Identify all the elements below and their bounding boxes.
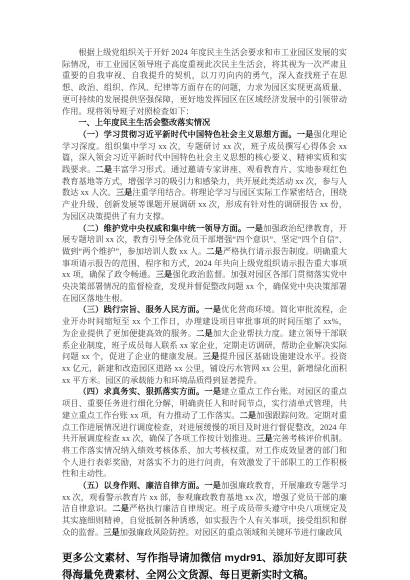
section-heading: 一、上年度民主生活会整改落实情况 bbox=[62, 117, 347, 129]
paragraph-central-authority: （二）维护党中央权威和集中统一领导方面。一是加强政治纪律教育，开展专题培训 xx… bbox=[62, 223, 347, 305]
promo-footer: 更多公文素材、写作指导请加微信 mydr91、添加好友即可获得海量免费素材、全网… bbox=[62, 550, 347, 580]
document-page: 根据上级党组织关于开好 2024 年度民主生活会要求和市工业园区发展的实际情况，… bbox=[0, 0, 410, 580]
paragraph-intro: 根据上级党组织关于开好 2024 年度民主生活会要求和市工业园区发展的实际情况，… bbox=[62, 47, 347, 117]
paragraph-theory-study: （一）学习贯彻习近平新时代中国特色社会主义思想方面。一是强化理论学习深度。组织集… bbox=[62, 129, 347, 223]
paragraph-integrity: （五）以身作则、廉洁自律方面。一是加强廉政教育，开展廉政专题学习 xx 次，观看… bbox=[62, 480, 347, 539]
paragraph-serving-people: （三）践行宗旨、服务人民方面。一是优化营商环境。简化审批流程，企业开办时间缩短至… bbox=[62, 304, 347, 386]
paragraph-implementation: （四）求真务实、狠抓落实方面。一是建立重点工作台账。对园区的重点项目、重要任务进… bbox=[62, 386, 347, 480]
